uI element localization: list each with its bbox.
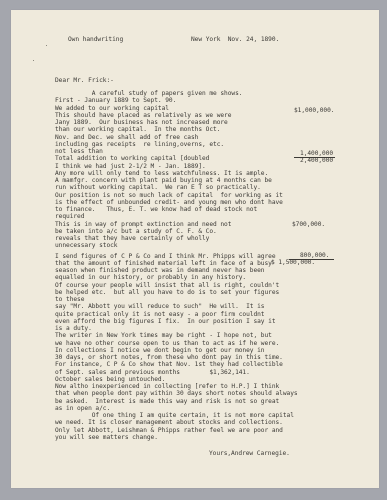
letter-line: required [55,213,84,220]
letter-line: Of course your people will insist that a… [55,282,279,289]
letter-line: season when finished product was in dema… [55,267,265,274]
letter-line: run without working capital. We ran E T … [55,184,261,191]
figure-dead-stock: $700,000. [292,221,325,228]
letter-line: Now altho inexperienced in collecting [r… [55,383,279,390]
figure-unnecessary-stock: 800,000. [300,252,329,259]
letter-line: unnecessary stock [55,242,117,249]
letter-line: We added to our working capital [55,105,169,112]
letter-line: This should have placed as relatively as… [55,112,231,119]
letter-line: Only let Abbott, Leishman & Phipps rathe… [55,427,283,434]
letter-line: we have no other course open to us than … [55,340,279,347]
letter-line: of Sept. sales and previous months $1,36… [55,369,250,376]
letter-line: you will see matters change. [55,434,158,441]
letter-line: not less than [55,148,103,155]
letter-line: Total addition to working capital [doubl… [55,155,209,162]
letter-line: equalled in our history, or probably in … [55,274,246,281]
letter-line: This is in way of prompt extinction and … [55,221,231,228]
letter-line: I send figures of C P & Co and I think M… [55,253,276,260]
letter-line: that the amount of finished material lef… [55,260,272,267]
letter-line: say "Mr. Abbott you will reduce to such"… [55,303,265,310]
letter-line: 30 days, or short notes, from these who … [55,354,283,361]
letter-line: Of one thing I am quite certain, it is n… [55,412,294,419]
letter-line: including gas receipts re lining,overns,… [55,141,224,148]
letter-line: than our working capital. In the months … [55,126,220,133]
letter-line: First - January 1889 to Sept. 90. [55,97,176,104]
header-note: Own handwriting [68,36,123,43]
letter-line: Nov. and Dec. we shall add of free cash [55,134,198,141]
letter-line: quite practical only it is not easy - a … [55,311,265,318]
figure-stock-total: $ 1,500,000. [271,259,315,266]
place-date: New York Nov. 24, 1890. [191,36,279,43]
letter-line: we need. It is closer management about s… [55,419,283,426]
letter-line: to finance. Thus, E. T. we know had of d… [55,206,257,213]
letter-line: be taken into a/c but a study of C. F. &… [55,228,217,235]
salutation: Dear Mr. Frick:- [55,77,114,84]
letter-line: even afford the big figures I fix. In ou… [55,318,276,325]
letter-line: Any more will only tend to less watchful… [55,170,268,177]
letter-line: to these [55,296,84,303]
letter-line: is a duty. [55,325,92,332]
letter-line: The writer in New York times may be righ… [55,332,272,339]
letter-line: I think we had just 2-1/2 M - Jan. 1889]… [55,163,206,170]
closing-signature: Yours,Andrew Carnegie. [209,450,290,457]
paper-speck [33,60,34,61]
figure-free-cash: 1,400,000 [300,150,333,157]
paper-speck [46,45,47,46]
letter-line: reveals that they have certainly of whol… [55,235,209,242]
letter-page: Own handwriting New York Nov. 24, 1890. … [11,10,379,488]
letter-line: A careful study of papers given me shows… [55,90,242,97]
letter-line: For instance, C P & Co show that Nov. 1s… [55,361,283,368]
letter-line: Our position is not so much lack of capi… [55,192,283,199]
letter-line: Jany 1889. Our business has not increase… [55,119,228,126]
letter-line: be asked. Interest is made this way and … [55,398,279,405]
letter-line: be helped etc. but all you have to do is… [55,289,279,296]
letter-line: is the effect of unbounded credit- and y… [55,199,283,206]
letter-line: In collections I notice we dont begin to… [55,347,265,354]
letter-line: A mamfgr. concern with plant paid buying… [55,177,272,184]
letter-line: as in open a/c. [55,405,110,412]
letter-line: that when people dont pay within 30 days… [55,390,298,397]
figure-working-capital: $1,000,000. [294,107,334,114]
figure-total-addition: 2,400,000 [300,157,333,164]
letter-line: October sales being untouched. [55,376,165,383]
